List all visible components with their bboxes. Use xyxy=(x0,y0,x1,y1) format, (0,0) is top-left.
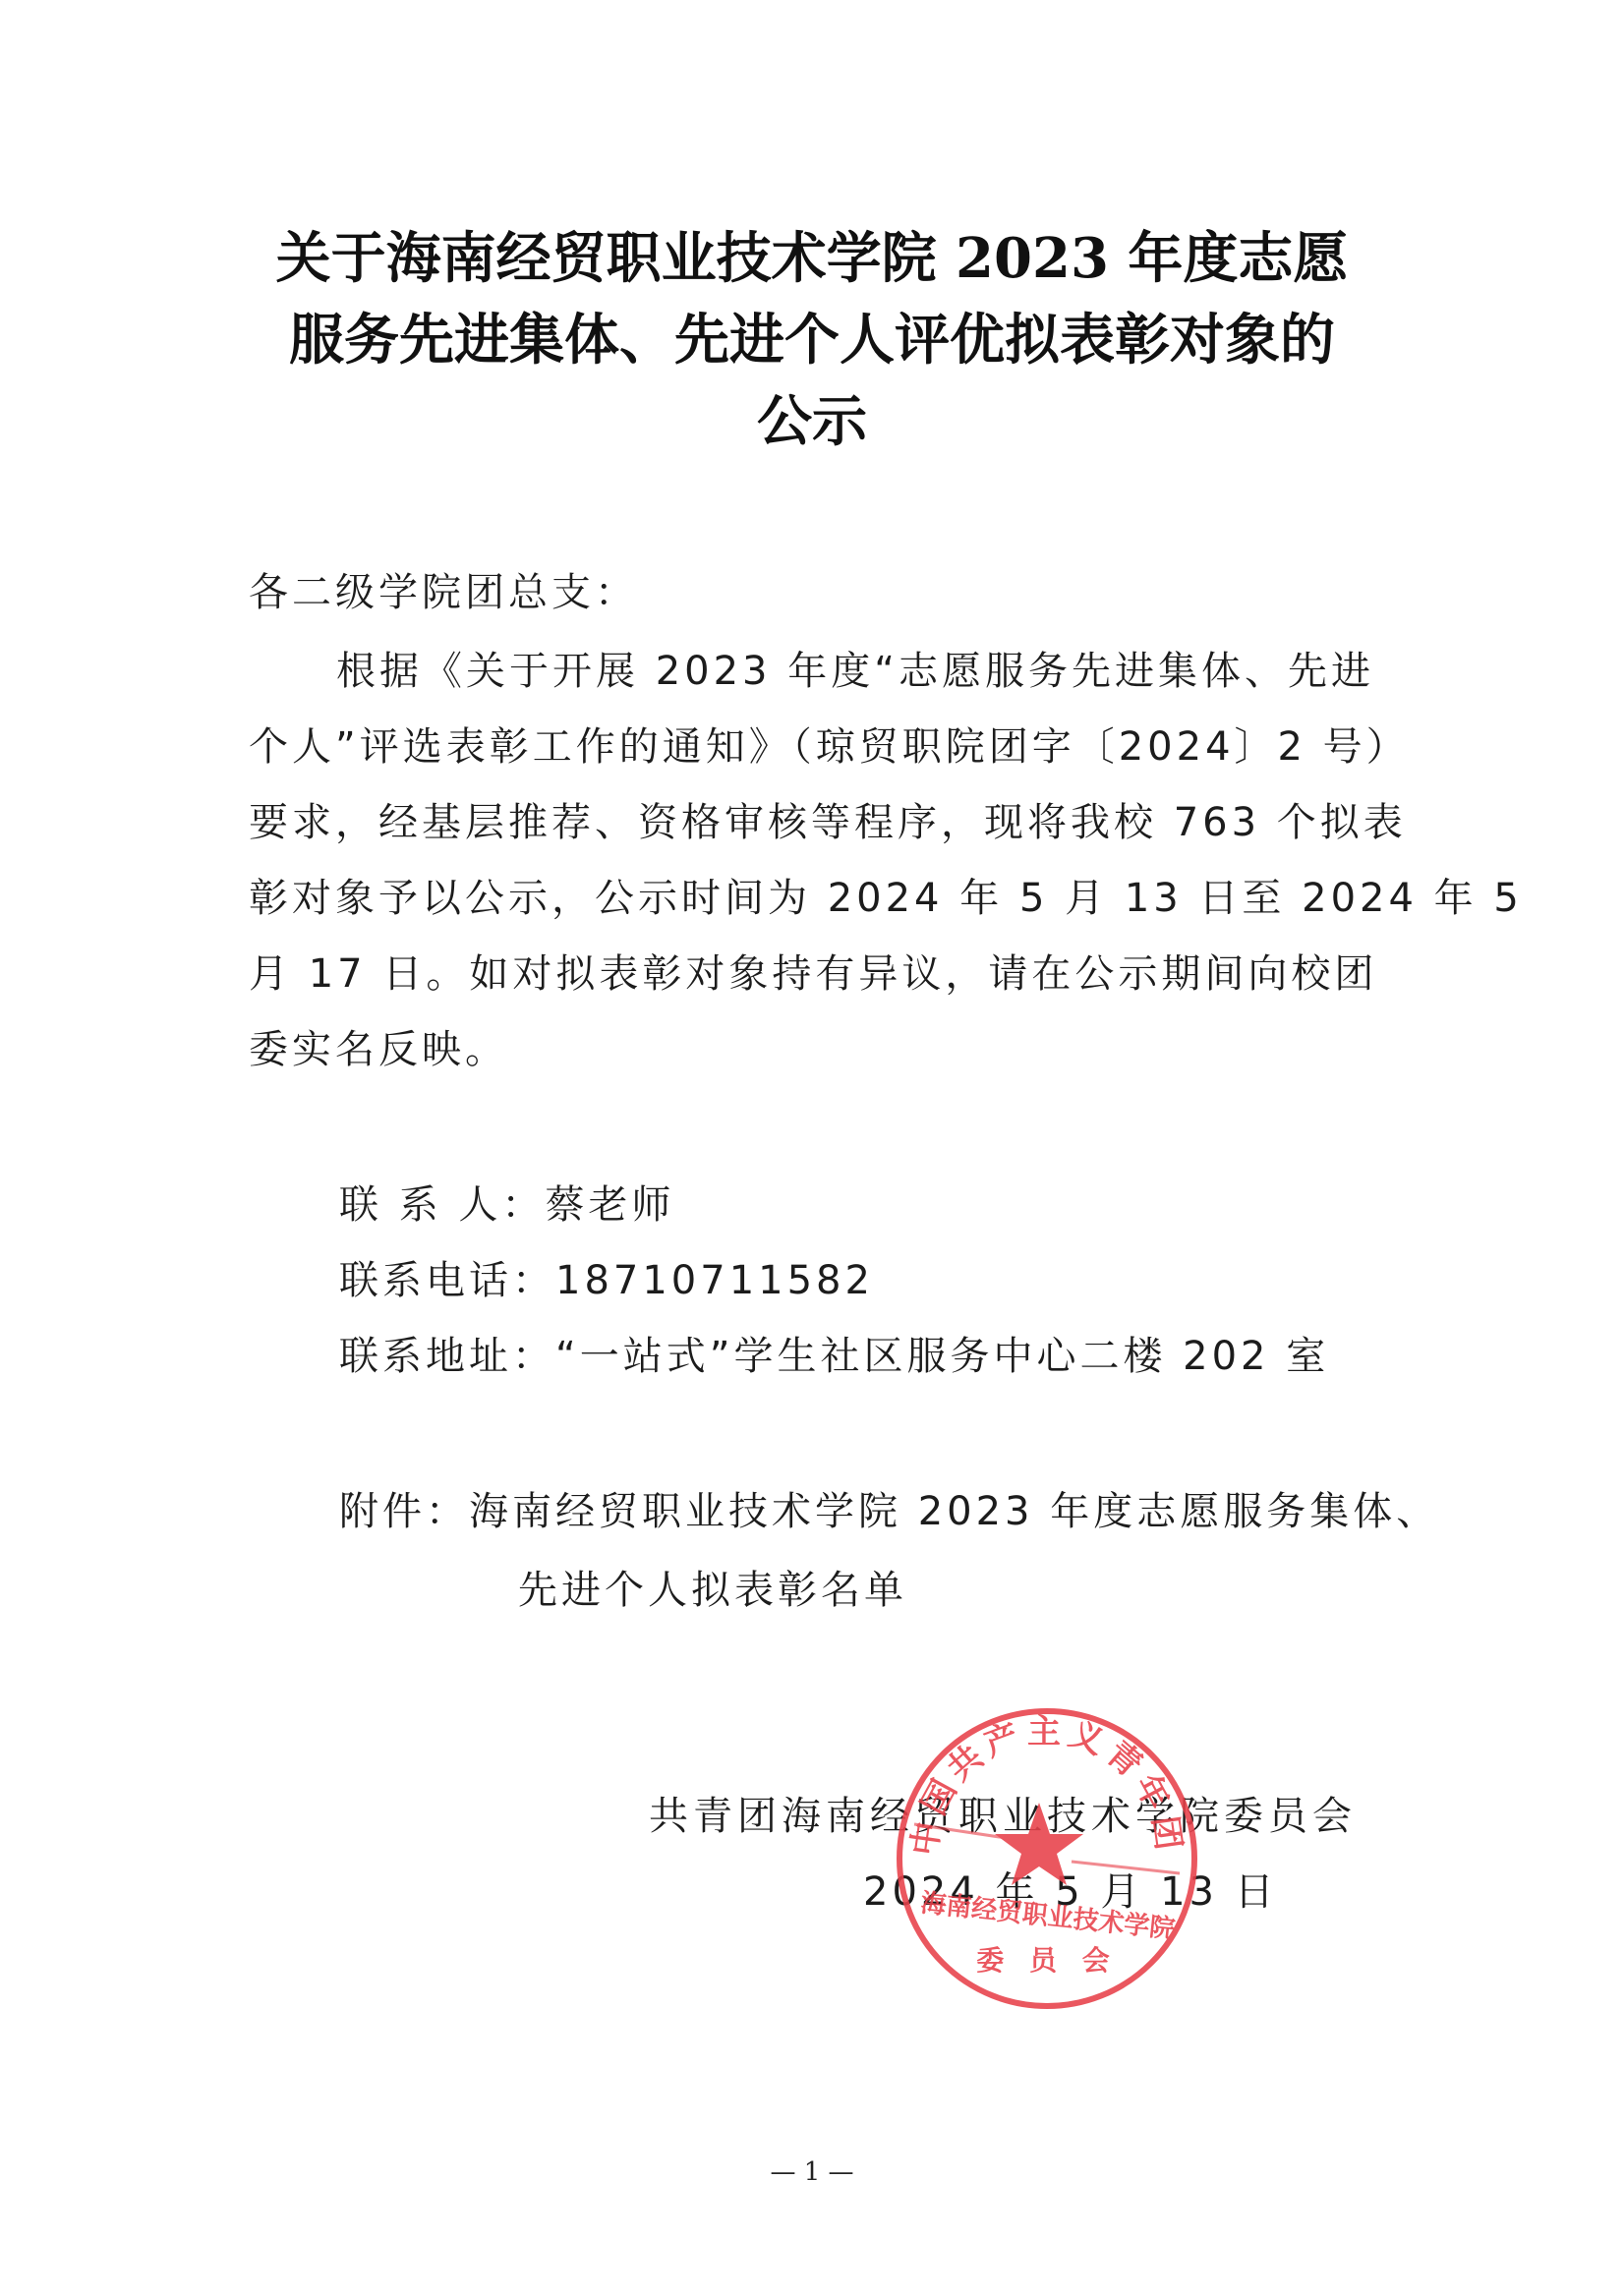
seal-bottom-line-2: 委 员 会 xyxy=(976,1944,1118,1977)
paragraph-line: 要求，经基层推荐、资格审核等程序，现将我校 763 个拟表 xyxy=(249,785,1374,861)
title-line-1: 关于海南经贸职业技术学院 2023 年度志愿 xyxy=(236,218,1388,300)
contact-person-value: 蔡老师 xyxy=(545,1182,674,1228)
document-page: 关于海南经贸职业技术学院 2023 年度志愿 服务先进集体、先进个人评优拟表彰对… xyxy=(0,0,1624,2296)
attachment-label: 附件： xyxy=(339,1489,469,1534)
paragraph-line: 月 17 日。如对拟表彰对象持有异议，请在公示期间向校团 xyxy=(249,937,1374,1012)
paragraph-line: 个人”评选表彰工作的通知》（琼贸职院团字〔2024〕2 号） xyxy=(249,710,1374,785)
contact-phone-value: 18710711582 xyxy=(555,1258,874,1303)
contact-person: 联 系 人：蔡老师 xyxy=(339,1168,1329,1243)
attachment-note: 附件：海南经贸职业技术学院 2023 年度志愿服务集体、 先进个人拟表彰名单 xyxy=(339,1472,1439,1630)
attachment-title: 海南经贸职业技术学院 2023 年度志愿服务集体、 xyxy=(469,1489,1439,1534)
paragraph-line: 委实名反映。 xyxy=(249,1012,1374,1088)
attachment-line-2: 先进个人拟表彰名单 xyxy=(339,1551,1439,1630)
contact-address-value: “一站式”学生社区服务中心二楼 202 室 xyxy=(555,1334,1329,1379)
contact-phone: 联系电话：18710711582 xyxy=(339,1243,1329,1319)
page-number: — 1 — xyxy=(0,2152,1624,2192)
contact-info: 联 系 人：蔡老师 联系电话：18710711582 联系地址：“一站式”学生社… xyxy=(339,1168,1329,1395)
contact-address: 联系地址：“一站式”学生社区服务中心二楼 202 室 xyxy=(339,1319,1329,1395)
title-line-3: 公示 xyxy=(236,381,1388,463)
seal-star-icon xyxy=(995,1803,1083,1885)
seal-bottom-line-1: 海南经贸职业技术学院 xyxy=(919,1889,1177,1945)
title-line-2: 服务先进集体、先进个人评优拟表彰对象的 xyxy=(236,300,1388,381)
contact-phone-label: 联系电话： xyxy=(339,1258,555,1303)
body-paragraph: 根据《关于开展 2023 年度“志愿服务先进集体、先进 个人”评选表彰工作的通知… xyxy=(249,634,1374,1088)
attachment-line-1: 附件：海南经贸职业技术学院 2023 年度志愿服务集体、 xyxy=(339,1472,1439,1551)
paragraph-line: 彰对象予以公示，公示时间为 2024 年 5 月 13 日至 2024 年 5 xyxy=(249,861,1374,937)
contact-address-label: 联系地址： xyxy=(339,1334,555,1379)
paragraph-line: 根据《关于开展 2023 年度“志愿服务先进集体、先进 xyxy=(249,634,1374,710)
salutation: 各二级学院团总支： xyxy=(249,555,638,631)
document-title: 关于海南经贸职业技术学院 2023 年度志愿 服务先进集体、先进个人评优拟表彰对… xyxy=(236,218,1388,463)
contact-person-label: 联 系 人： xyxy=(339,1182,545,1228)
official-seal-icon: 中国共产主义青年团 海南经贸职业技术学院 委 员 会 xyxy=(895,1706,1199,2011)
